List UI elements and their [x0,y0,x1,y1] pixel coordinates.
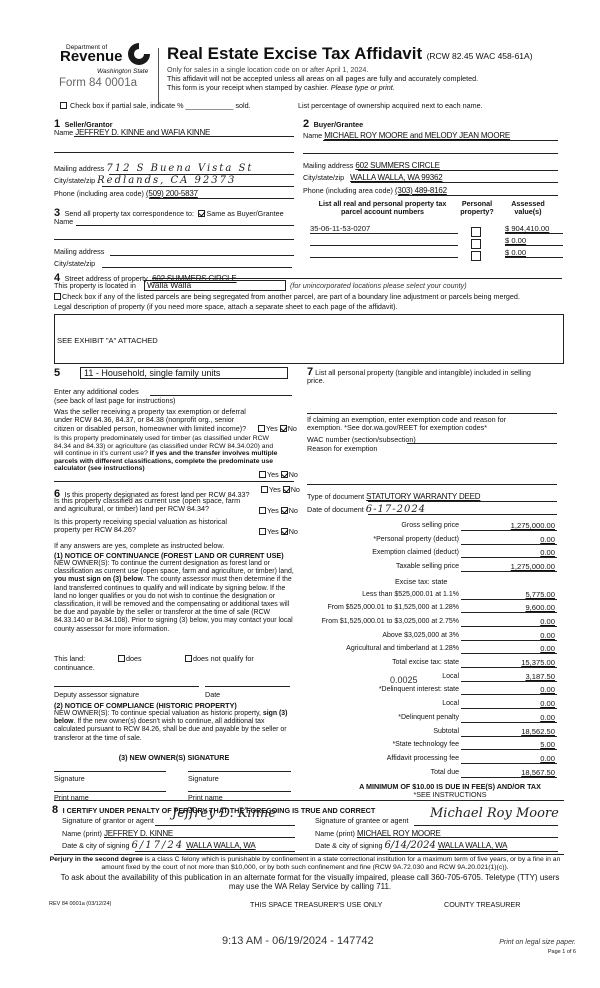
tax-row-label: *Delinquent interest: state [259,686,459,693]
tax-row-value[interactable]: 0.00 [485,548,555,557]
historic-yes-checkbox[interactable] [259,528,266,535]
tax-row-label: Gross selling price [259,522,459,529]
doc-date-field[interactable]: Date of document 6-17-2024 [307,505,426,514]
tax-row-value[interactable]: 0.00 [485,644,555,653]
new-owner-signature-1[interactable] [54,771,166,772]
tax-row-label: Taxable selling price [259,563,459,570]
assessed-value-field[interactable]: $ 0.00 [505,236,526,245]
seller-phone-field[interactable]: Phone (including area code) (509) 200-58… [54,189,198,198]
land-use-code-select[interactable]: 11 - Household, single family units [80,367,288,379]
receipt-stamp: 9:13 AM - 06/19/2024 - 147742 [222,935,374,947]
local-rate: 0.0025 [390,675,418,685]
ownership-note: List percentage of ownership acquired ne… [298,101,483,110]
tax-row-value[interactable]: 18,562.50 [485,727,555,736]
header-note3: This form is your receipt when stamped b… [167,83,395,92]
grantee-date[interactable]: 6/14/2024 [385,840,436,851]
tax-row-label: Subtotal [259,728,459,735]
tax-row-value[interactable]: 5,775.00 [485,590,555,599]
exemption-yes-checkbox[interactable] [258,425,265,432]
grantor-city[interactable]: WALLA WALLA, WA [186,841,255,850]
reason-field[interactable] [307,484,557,485]
seller-mailing-field[interactable]: Mailing address 712 S Buena Vista St [54,164,253,173]
accessibility-notice: To ask about the availability of this pu… [55,874,565,891]
assessed-value-field[interactable]: $ 0.00 [505,248,526,257]
same-as-buyer-checkbox[interactable] [198,210,205,217]
land-does-checkbox[interactable] [118,655,125,662]
grantor-signature[interactable]: Jeffrey D. Kinne [172,806,276,821]
tax-row-label: Excise tax: state [395,577,447,586]
seller-city-field[interactable]: City/state/zip Redlands, CA 92373 [54,176,236,185]
tax-row-label: Exemption claimed (deduct) [259,549,459,556]
tax-row-label: Above $3,025,000 at 3% [259,632,459,639]
personal-property-field[interactable] [307,413,557,414]
parcel-row: 35-06-11-53-0207 $ 904,410.00 [305,224,565,235]
forest-no-checkbox[interactable] [283,486,290,493]
parcel-row: $ 0.00 [305,248,565,259]
header-note2: This affidavit will not be accepted unle… [167,74,478,83]
segregate-checkbox[interactable] [54,293,61,300]
legal-description-field[interactable]: SEE EXHIBIT "A" ATTACHED [54,314,564,364]
tax-row-label: *Personal property (deduct) [259,536,459,543]
partial-sale-checkbox[interactable] [60,102,67,109]
assessed-value-field[interactable]: $ 904,410.00 [505,224,549,233]
tax-row-label: Affidavit processing fee [259,755,459,762]
tax-row-label: *Delinquent penalty [259,714,459,721]
tax-row-label: From $525,000.01 to $1,525,000 at 1.28% [259,604,459,611]
tax-row-value[interactable]: 0.00 [485,713,555,722]
buyer-city-field[interactable]: City/state/zip WALLA WALLA, WA 99362 [303,173,442,182]
buyer-phone-field[interactable]: Phone (including area code) (303) 489-81… [303,186,447,195]
header-divider [158,48,159,104]
tax-row-value[interactable]: 0.00 [485,754,555,763]
timber-yes-checkbox[interactable] [259,471,266,478]
new-owner-print-2[interactable] [188,791,291,792]
tax-row-value[interactable]: 0.00 [485,699,555,708]
perjury-notice: Perjury in the second degree is a class … [40,856,570,871]
tax-row-value[interactable]: 1,275,000.00 [485,521,555,530]
tax-row-label: Local [259,673,459,680]
forest-yes-checkbox[interactable] [261,486,268,493]
parcel-number-field[interactable]: 35-06-11-53-0207 [310,224,370,233]
grantor-date[interactable]: 6/17/24 [132,840,185,851]
wac-number-field[interactable] [407,443,557,444]
land-does-not-checkbox[interactable] [185,655,192,662]
tax-row-label: Local [259,700,459,707]
dept-line3: Washington State [97,67,148,76]
form-number: Form 84 0001a [59,77,137,89]
tax-row-label: Total excise tax: state [259,659,459,666]
form-title: Real Estate Excise Tax Affidavit (RCW 82… [167,44,533,64]
revenue-logo-icon [126,42,152,66]
tax-row-value[interactable]: 0.00 [485,617,555,626]
tax-row-value[interactable]: 15,375.00 [485,658,555,667]
tax-row-value[interactable]: 0.00 [485,685,555,694]
grantee-city[interactable]: WALLA WALLA, WA [438,841,507,850]
partial-sale: Check box if partial sale, indicate % __… [60,101,251,110]
tax-row-value[interactable]: 3,187.50 [485,672,555,681]
tax-row-value[interactable]: 18,567.50 [485,768,555,777]
current-use-yes-checkbox[interactable] [259,507,266,514]
historic-no-checkbox[interactable] [281,528,288,535]
buyer-mailing-field[interactable]: Mailing address 602 SUMMERS CIRCLE [303,161,440,170]
personal-property-checkbox[interactable] [471,251,481,261]
current-use-no-checkbox[interactable] [281,507,288,514]
correspondence-mailing-field[interactable] [110,255,294,256]
tax-row-value[interactable]: 5.00 [485,740,555,749]
correspondence-name-field[interactable] [76,225,294,226]
tax-row-label: From $1,525,000.01 to $3,025,000 at 2.75… [259,618,459,625]
tax-row-value[interactable]: 1,275,000.00 [485,562,555,571]
timber-no-checkbox[interactable] [281,471,288,478]
header-note1: Only for sales in a single location code… [167,65,368,74]
parcel-row: $ 0.00 [305,236,565,247]
new-owner-print-1[interactable] [54,791,166,792]
tax-row-value[interactable]: 0.00 [485,535,555,544]
tax-row-label: Agricultural and timberland at 1.28% [259,645,459,652]
tax-row-value[interactable]: 9,600.00 [485,603,555,612]
dept-line2: Revenue [60,49,123,65]
location-select[interactable]: Walla Walla [144,280,286,291]
buyer-name-field[interactable]: Name MICHAEL ROY MOORE and MELODY JEAN M… [303,131,510,140]
tax-row-label: Total due [259,769,459,776]
exemption-no-checkbox[interactable] [280,425,287,432]
doc-type-field[interactable]: Type of document STATUTORY WARRANTY DEED [307,492,480,501]
dor-logo: Department of Revenue Washington State F… [60,42,160,98]
grantee-signature[interactable]: Michael Roy Moore [430,806,559,821]
deputy-signature-field[interactable] [54,686,199,687]
tax-row-value[interactable]: 0.00 [485,631,555,640]
tax-row-label: *State technology fee [259,741,459,748]
tax-row-label: Less than $525,000.01 at 1.1% [259,591,459,598]
